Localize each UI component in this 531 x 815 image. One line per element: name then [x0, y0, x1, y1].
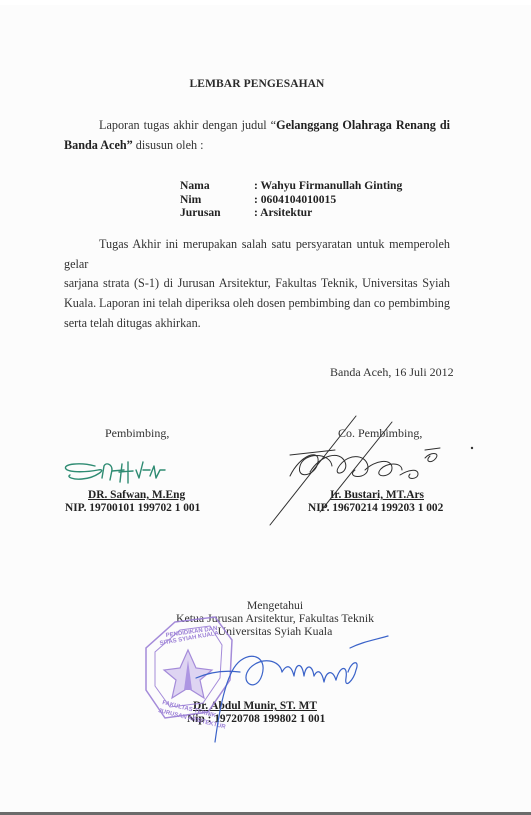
university-name: Universitas Syiah Kuala	[150, 624, 400, 639]
head-of-department-nip: Nip : 19720708 199802 1 001	[187, 713, 325, 725]
head-of-department-signature	[196, 636, 388, 742]
document-page: LEMBAR PENGESAHAN Laporan tugas akhir de…	[0, 0, 531, 815]
thesis-title-part-2: Banda Aceh”	[64, 138, 133, 152]
co-supervisor-name: Ir. Bustari, MT.Ars	[330, 489, 424, 501]
student-nim-row: Nim : 0604104010015	[180, 193, 402, 207]
intro-line-2: Banda Aceh” disusun oleh :	[64, 136, 450, 156]
supervisor-nip: NIP. 19700101 199702 1 001	[65, 502, 200, 514]
intro-paragraph: Laporan tugas akhir dengan judul “Gelang…	[64, 116, 450, 155]
supervisor-role: Pembimbing,	[105, 426, 169, 441]
student-major-row: Jurusan : Arsitektur	[180, 206, 402, 220]
review-paragraph: Laporan ini telah diperiksa oleh dosen p…	[64, 294, 450, 333]
place-date: Banda Aceh, 16 Juli 2012	[330, 365, 454, 380]
student-major: : Arsitektur	[254, 206, 312, 220]
co-supervisor-role: Co. Pembimbing,	[338, 426, 422, 441]
supervisor-name: DR. Safwan, M.Eng	[88, 489, 185, 501]
student-info: Nama : Wahyu Firmanullah Ginting Nim : 0…	[180, 179, 402, 220]
student-name: : Wahyu Firmanullah Ginting	[254, 179, 402, 193]
student-nim: : 0604104010015	[254, 193, 336, 207]
intro-line-1: Laporan tugas akhir dengan judul “Gelang…	[64, 116, 450, 136]
supervisor-signature	[65, 462, 165, 483]
ink-dot	[471, 447, 473, 449]
page-title: LEMBAR PENGESAHAN	[0, 78, 514, 90]
thesis-title-part-1: Gelanggang Olahraga Renang di	[276, 118, 450, 132]
student-name-row: Nama : Wahyu Firmanullah Ginting	[180, 179, 402, 193]
page-top-edge	[0, 0, 531, 5]
head-of-department-name: Dr. Abdul Munir, ST. MT	[193, 700, 317, 712]
co-supervisor-nip: NIP. 19670214 199203 1 002	[308, 502, 443, 514]
